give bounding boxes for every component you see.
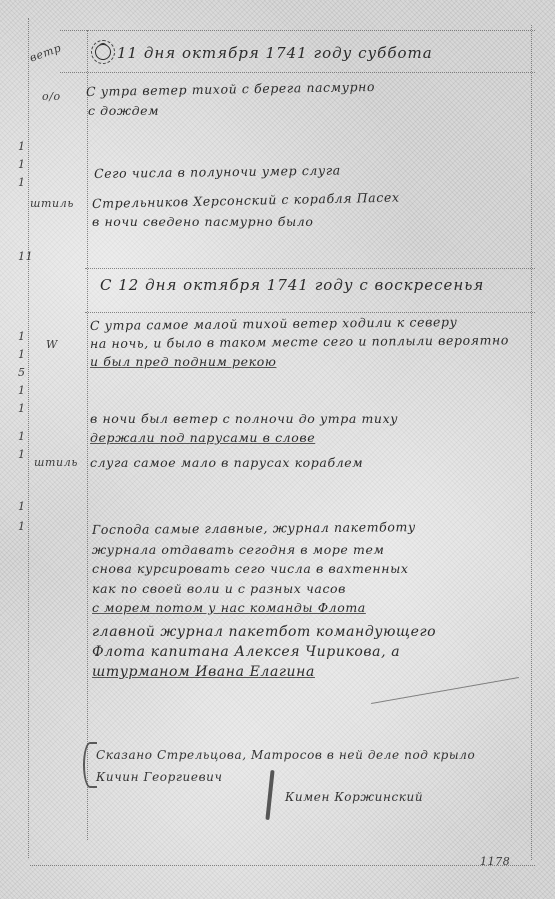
- right-margin-rule: [531, 25, 532, 860]
- entry-rule-2: [85, 312, 535, 313]
- margin-note: 1: [18, 140, 26, 153]
- signature-stroke: [265, 770, 274, 820]
- log-line: снова курсировать сего числа в вахтенных: [92, 561, 409, 576]
- log-line: в ночи сведено пасмурно было: [92, 214, 313, 229]
- margin-note: 1: [18, 330, 26, 343]
- log-line: слуга самое мало в парусах кораблем: [90, 455, 363, 470]
- log-line: и был пред подним рекою: [90, 354, 276, 369]
- left-margin-rule: [28, 18, 29, 858]
- margin-note: 1: [18, 448, 26, 461]
- log-line: главной журнал пакетбот командующего: [92, 624, 436, 640]
- log-line: Господа самые главные, журнал пакетботу: [92, 519, 416, 537]
- margin-note: штиль: [30, 197, 74, 210]
- log-line: как по своей воли и с разных часов: [92, 581, 346, 596]
- entry-heading-text: 11 дня октября 1741 году суббота: [117, 44, 433, 62]
- log-line: Сего числа в полуночи умер слуга: [94, 163, 341, 181]
- header-bottom-rule: [60, 72, 535, 73]
- margin-note: о/о: [42, 90, 61, 103]
- log-line: держали под парусами в слове: [90, 430, 315, 445]
- inner-margin-rule: [87, 30, 88, 840]
- margin-note: 1: [18, 402, 26, 415]
- entry-rule-1: [85, 268, 535, 269]
- margin-note: 1: [18, 520, 26, 533]
- log-line: на ночь, и было в таком месте сего и поп…: [90, 332, 509, 351]
- footer-rule: [30, 865, 535, 866]
- entry-heading: С 12 дня октября 1741 году с воскресенья: [100, 276, 484, 294]
- margin-note: 1: [18, 158, 26, 171]
- log-line: Стрельников Херсонский с корабля Пасех: [92, 190, 400, 211]
- margin-note: 5: [18, 366, 26, 379]
- closing-stroke: [371, 677, 519, 704]
- log-line: штурманом Ивана Елагина: [92, 664, 315, 680]
- margin-note: 11: [18, 250, 33, 263]
- sun-icon: [95, 44, 111, 60]
- manuscript-page: 11 дня октября 1741 году суббота С утра …: [0, 0, 555, 899]
- log-line: Флота капитана Алексея Чирикова, а: [92, 644, 400, 660]
- margin-note: 1: [18, 500, 26, 513]
- margin-note: W: [46, 338, 58, 351]
- log-line: с дождем: [88, 103, 159, 118]
- log-line: С утра ветер тихой с берега пасмурно: [86, 79, 375, 99]
- margin-note: ветр: [28, 41, 63, 64]
- page-number: 1178: [480, 855, 510, 868]
- log-line: С утра самое малой тихой ветер ходили к …: [90, 314, 458, 333]
- header-top-rule: [60, 30, 535, 31]
- entry-heading: 11 дня октября 1741 году суббота: [95, 44, 433, 62]
- signature-line: Кимен Коржинский: [285, 790, 423, 804]
- signature-line: Кичин Георгиевич: [96, 770, 223, 784]
- margin-note: 1: [18, 430, 26, 443]
- margin-note: 1: [18, 348, 26, 361]
- signature-line: Сказано Стрельцова, Матросов в ней деле …: [96, 748, 475, 762]
- margin-note: 1: [18, 176, 26, 189]
- signature-flourish: [83, 742, 97, 788]
- margin-note: штиль: [34, 456, 78, 469]
- log-line: с морем потом у нас команды Флота: [92, 600, 366, 615]
- log-line: в ночи был ветер с полночи до утра тиху: [90, 411, 398, 426]
- margin-note: 1: [18, 384, 26, 397]
- log-line: журнала отдавать сегодня в море тем: [92, 542, 384, 557]
